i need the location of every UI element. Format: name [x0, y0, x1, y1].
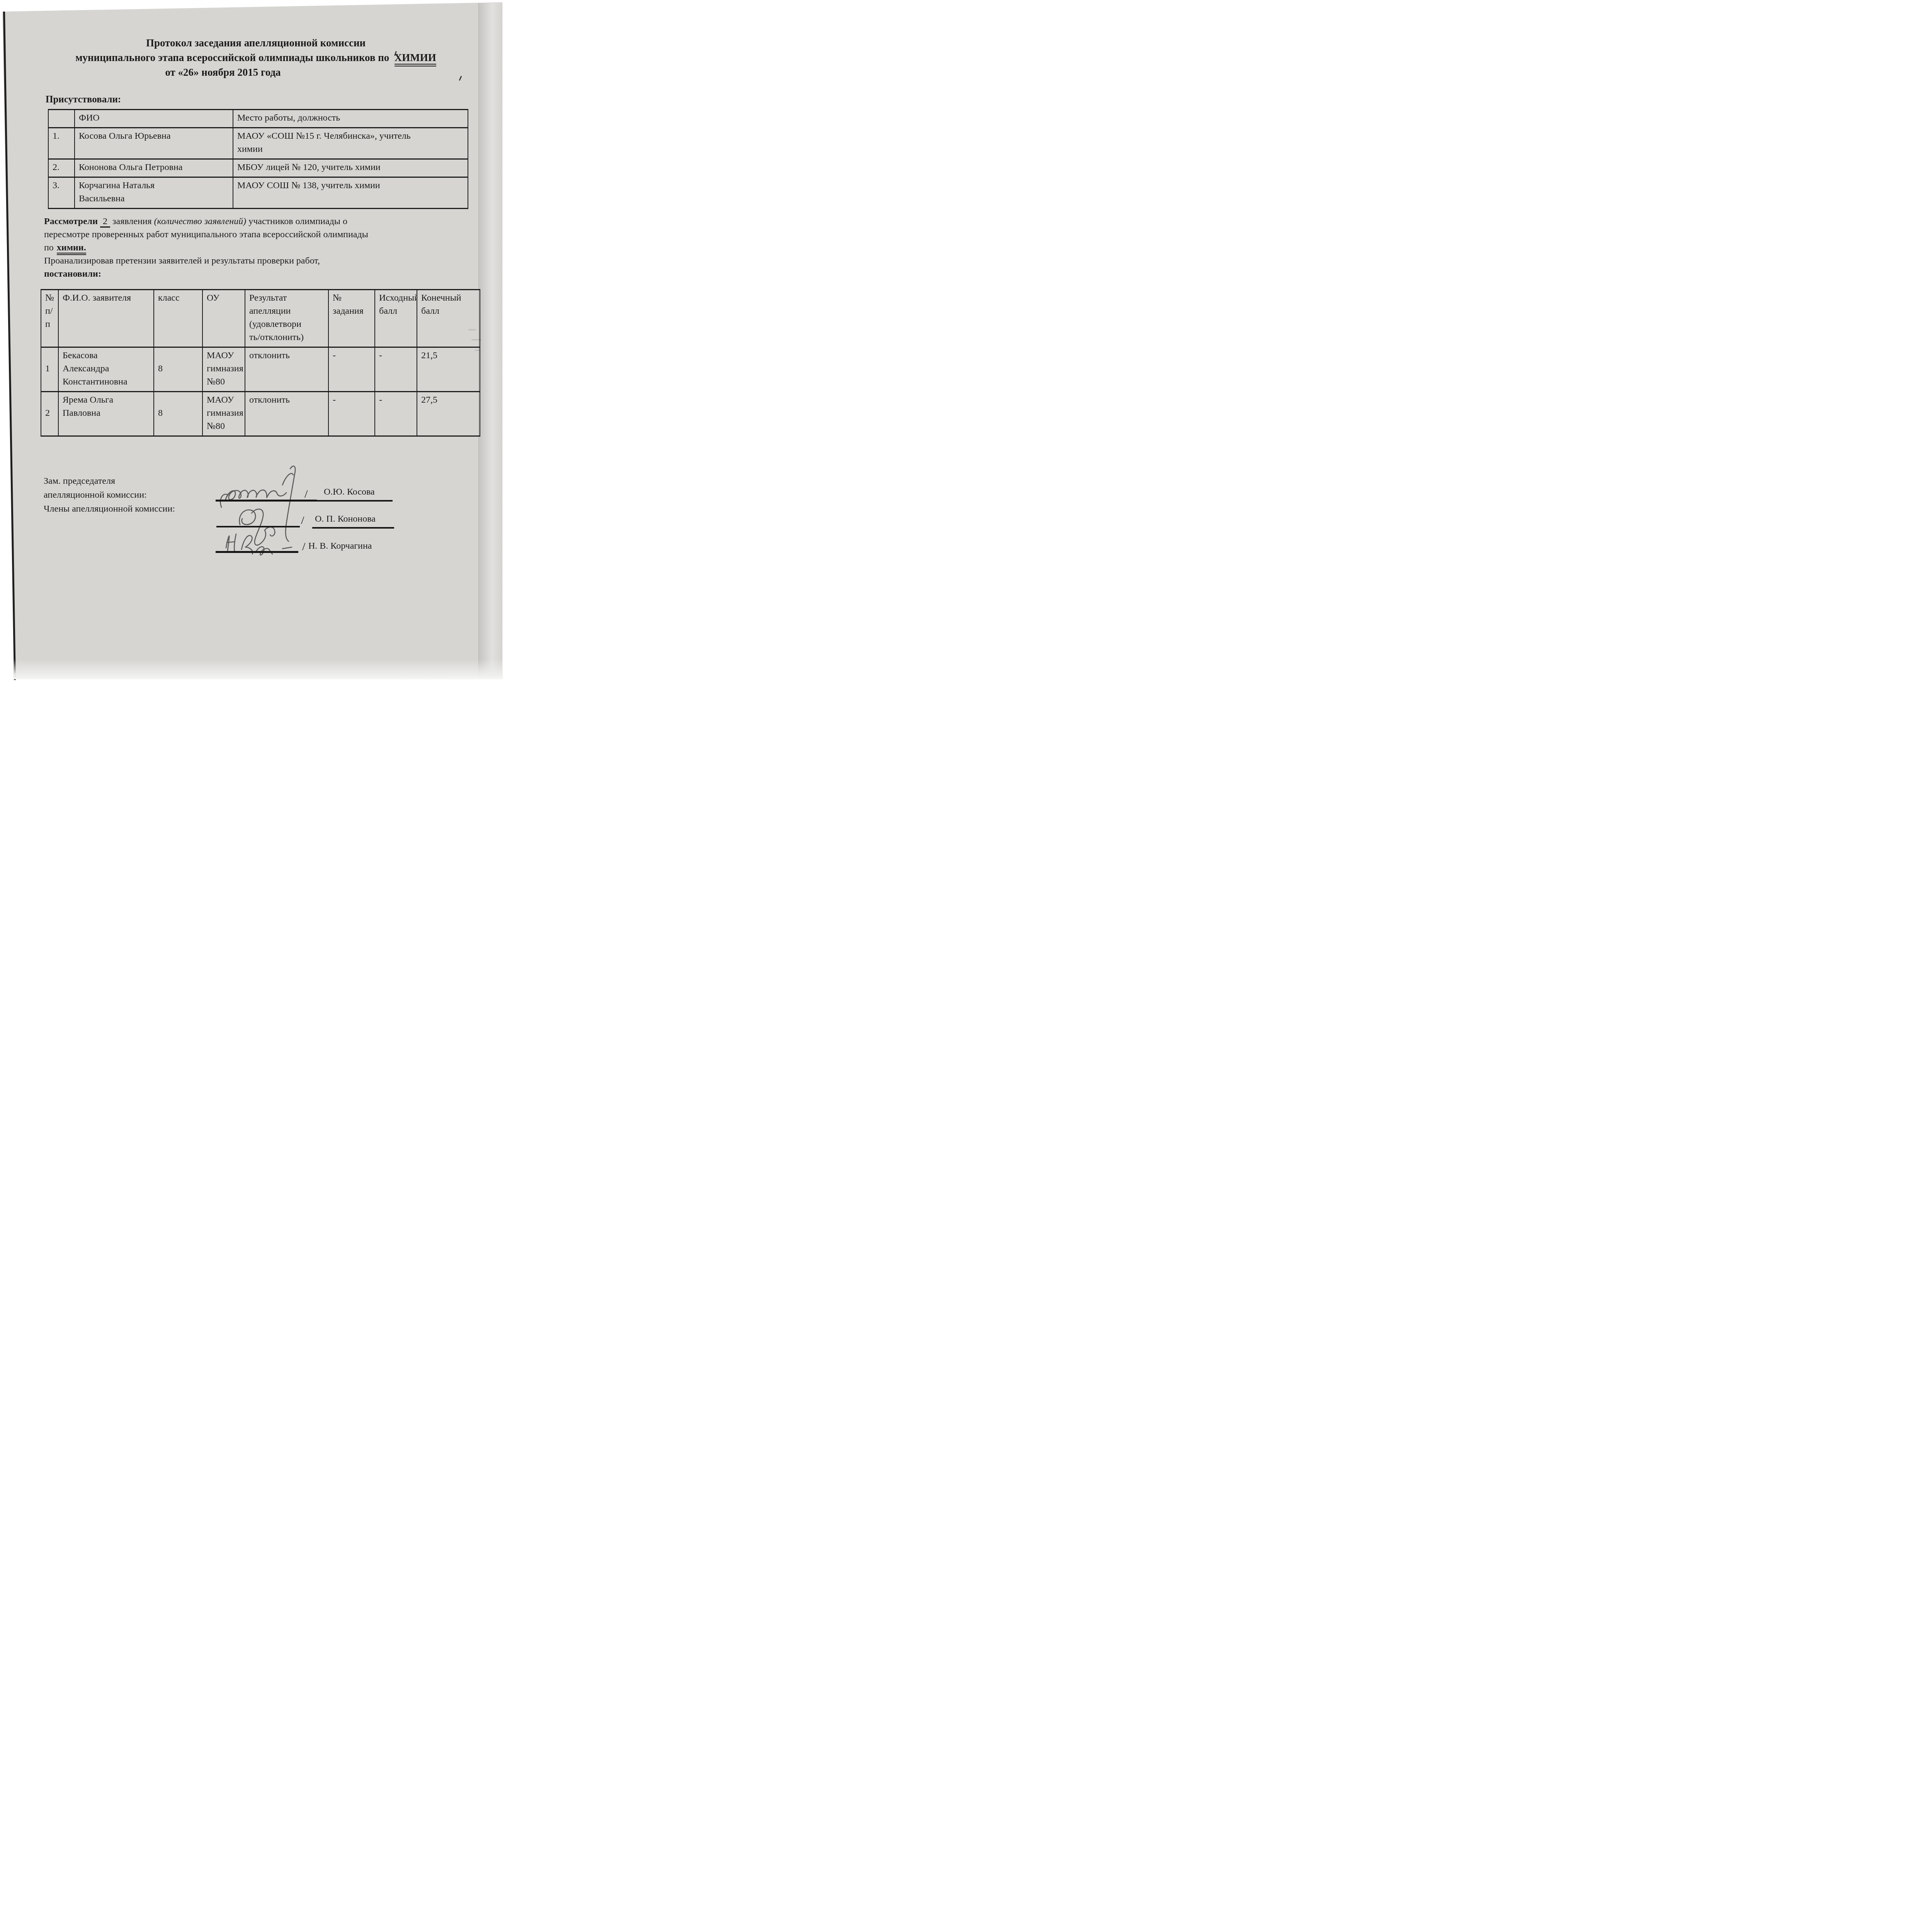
table-row: 2. Кононова Ольга Петровна МБОУ лицей № …: [48, 159, 468, 177]
final-score: 27,5: [417, 392, 480, 436]
document-title: Протокол заседания апелляционной комисси…: [5, 36, 507, 80]
task-number: -: [328, 347, 375, 392]
attendee-fio: Кононова Ольга Петровна: [75, 159, 233, 177]
results-col-result: Результат апелляции (удовлетвори ть/откл…: [245, 290, 328, 347]
attendee-work: МБОУ лицей № 120, учитель химии: [233, 159, 468, 177]
results-table: № п/ п Ф.И.О. заявителя класс ОУ Результ…: [41, 289, 480, 437]
name-underline: [313, 500, 393, 502]
considered-subject: химии.: [57, 243, 86, 255]
page-fold: [478, 3, 503, 679]
table-row: 3. Корчагина Наталья Васильевна МАОУ СОШ…: [48, 177, 468, 209]
applicant-fio: Ярема Ольга Павловна: [58, 392, 154, 436]
slash-separator: /: [302, 540, 305, 553]
final-score: 21,5: [417, 347, 480, 392]
title-line-1: Протокол заседания апелляционной комисси…: [146, 37, 366, 49]
applicant-school: МАОУ гимназия №80: [202, 347, 245, 392]
title-line-2: муниципального этапа всероссийской олимп…: [75, 52, 436, 66]
members-label: Члены апелляционной комиссии:: [44, 504, 175, 514]
results-col-initial: Исходный балл: [375, 290, 417, 347]
attendee-work: МАОУ «СОШ №15 г. Челябинска», учитель хи…: [233, 128, 468, 159]
results-col-grade: класс: [154, 290, 202, 347]
applications-count: 2: [100, 216, 110, 228]
attendees-col-fio: ФИО: [75, 110, 233, 128]
title-line-3: от «26» ноября 2015 года: [5, 65, 441, 80]
deputy-chair-label-line1: Зам. председателя: [44, 476, 115, 486]
table-row: 1 Бекасова Александра Константиновна 8 М…: [41, 347, 480, 392]
results-col-num: № п/ п: [41, 290, 58, 347]
results-col-fio: Ф.И.О. заявителя: [58, 290, 154, 347]
attendees-header-row: ФИО Место работы, должность: [48, 110, 468, 128]
results-col-final: Конечный балл: [417, 290, 480, 347]
row-num: 1: [41, 347, 58, 392]
results-col-school: ОУ: [202, 290, 245, 347]
signature-line: [216, 551, 298, 553]
considered-paragraph: Рассмотрели 2 заявления (количество заяв…: [44, 215, 448, 281]
initial-score: -: [375, 347, 417, 392]
applicant-grade: 8: [154, 347, 202, 392]
deputy-chair-label-line2: апелляционной комиссии:: [44, 490, 147, 500]
appeal-result: отклонить: [245, 347, 328, 392]
task-number: -: [328, 392, 375, 436]
page-bottom-edge: [13, 659, 502, 679]
attendees-col-num: [48, 110, 75, 128]
table-row: 2 Ярема Ольга Павловна 8 МАОУ гимназия №…: [41, 392, 480, 436]
considered-lead: Рассмотрели: [44, 216, 98, 226]
attendee-num: 1.: [48, 128, 75, 159]
korchagina-name: Н. В. Корчагина: [308, 541, 372, 551]
attendees-table: ФИО Место работы, должность 1. Косова Ол…: [48, 109, 468, 209]
count-note: (количество заявлений): [154, 216, 247, 226]
attendee-fio: Косова Ольга Юрьевна: [75, 128, 233, 159]
initial-score: -: [375, 392, 417, 436]
name-underline: [312, 527, 394, 529]
results-header-row: № п/ п Ф.И.О. заявителя класс ОУ Результ…: [41, 290, 480, 347]
attendee-num: 3.: [48, 177, 75, 209]
attendee-num: 2.: [48, 159, 75, 177]
applicant-grade: 8: [154, 392, 202, 436]
attendees-col-work: Место работы, должность: [233, 110, 468, 128]
results-col-task: № задания: [328, 290, 375, 347]
appeal-result: отклонить: [245, 392, 328, 436]
attendee-fio: Корчагина Наталья Васильевна: [75, 177, 233, 209]
title-subject: ХИМИИ: [395, 52, 436, 66]
kononova-name: О. П. Кононова: [315, 514, 376, 524]
korchagina-signature: [214, 519, 315, 561]
attendee-work: МАОУ СОШ № 138, учитель химии: [233, 177, 468, 209]
attendees-heading: Присутствовали:: [46, 94, 121, 105]
resolved-label: постановили:: [44, 269, 101, 279]
kosova-name: О.Ю. Косова: [324, 487, 375, 497]
applicant-school: МАОУ гимназия №80: [202, 392, 245, 436]
table-row: 1. Косова Ольга Юрьевна МАОУ «СОШ №15 г.…: [48, 128, 468, 159]
applicant-fio: Бекасова Александра Константиновна: [58, 347, 154, 392]
row-num: 2: [41, 392, 58, 436]
